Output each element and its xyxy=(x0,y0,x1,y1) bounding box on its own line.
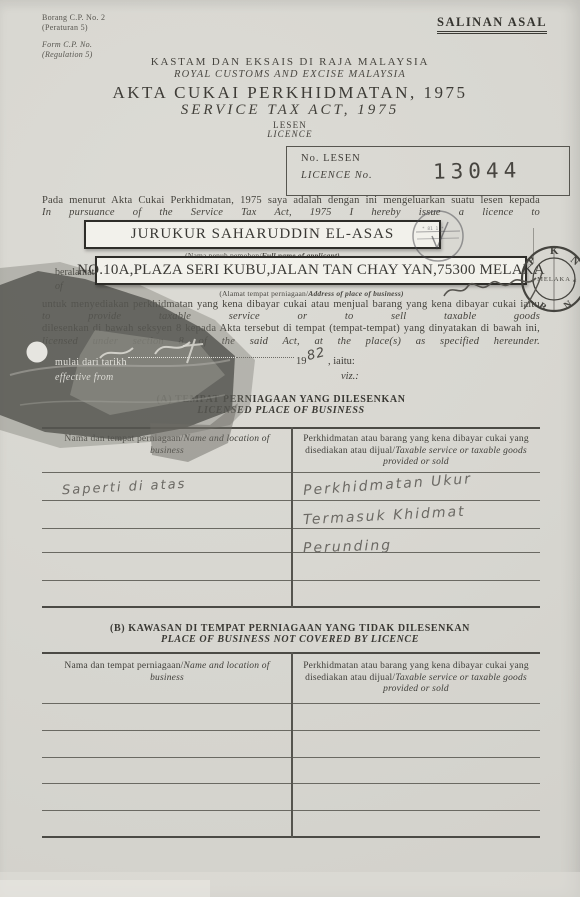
original-copy-label: SALINAN ASAL xyxy=(437,15,547,34)
applicant-name-box: JURUKUR SAHARUDDIN EL-ASAS xyxy=(84,220,441,249)
dept-title-ms: KASTAM DAN EKSAIS DI RAJA MALAYSIA xyxy=(0,56,580,68)
licence-no-label-en: LICENCE No. xyxy=(301,170,373,181)
stamp-letter-p: P xyxy=(525,254,538,268)
doc-type-en: LICENCE xyxy=(0,129,580,139)
section-b-title-en: PLACE OF BUSINESS NOT COVERED BY LICENCE xyxy=(0,634,580,645)
form-ref-ms-line1: Borang C.P. No. 2 xyxy=(42,13,105,23)
iaitu-label-ms: , iaitu: xyxy=(328,356,355,367)
signature-scribble xyxy=(440,270,555,310)
address-caption-ms: (Alamat tempat perniagaan/ xyxy=(219,289,308,298)
faint-date-stamp: * 81 1 * xyxy=(408,206,468,266)
svg-text:* 81 1 *: * 81 1 * xyxy=(422,226,444,232)
table-b-col2-header: Perkhidmatan atau barang yang kena dibay… xyxy=(298,661,534,696)
iaitu-label-en: viz.: xyxy=(341,371,359,382)
stamp-star-right: ✶ xyxy=(572,278,577,285)
applicant-name: JURUKUR SAHARUDDIN EL-ASAS xyxy=(131,226,395,243)
signature-scribble-on-stain xyxy=(95,336,245,366)
form-ref-en-line1: Form C.P. No. xyxy=(42,40,105,50)
col2-header-en: Taxable service or taxable goods provide… xyxy=(383,673,527,695)
dept-title-en: ROYAL CUSTOMS AND EXCISE MALAYSIA xyxy=(0,69,580,80)
licence-number-box: No. LESEN LICENCE No. 13044 xyxy=(286,146,570,196)
address-caption-en: Address of place of business) xyxy=(308,289,403,298)
form-reference: Borang C.P. No. 2 (Peraturan 5) Form C.P… xyxy=(42,13,105,60)
act-title-ms: AKTA CUKAI PERKHIDMATAN, 1975 xyxy=(0,83,580,103)
table-b-col1-header: Nama dan tempat perniagaan/Name and loca… xyxy=(57,661,277,684)
col2-header-en: Taxable service or taxable goods provide… xyxy=(383,446,527,468)
act-title-en: SERVICE TAX ACT, 1975 xyxy=(0,102,580,119)
handwritten-service-line3: Perunding xyxy=(303,537,393,556)
effective-from-label-en: effective from xyxy=(55,372,114,383)
form-ref-ms-line2: (Peraturan 5) xyxy=(42,23,105,33)
section-b-title-ms: (B) KAWASAN DI TEMPAT PERNIAGAAN YANG TI… xyxy=(0,623,580,634)
scan-light-patch xyxy=(0,880,210,897)
scanned-licence-document: Borang C.P. No. 2 (Peraturan 5) Form C.P… xyxy=(0,0,580,897)
punch-hole xyxy=(27,342,48,363)
uncovered-places-table: Nama dan tempat perniagaan/Name and loca… xyxy=(42,652,540,838)
col1-header-ms: Nama dan tempat perniagaan/ xyxy=(64,661,183,671)
licence-no-label-ms: No. LESEN xyxy=(301,153,361,164)
licence-number-value: 13044 xyxy=(433,158,522,184)
table-a-col2-header: Perkhidmatan atau barang yang kena dibay… xyxy=(298,434,534,469)
table-b-column-divider xyxy=(291,652,293,838)
section-b-title: (B) KAWASAN DI TEMPAT PERNIAGAAN YANG TI… xyxy=(0,623,580,645)
